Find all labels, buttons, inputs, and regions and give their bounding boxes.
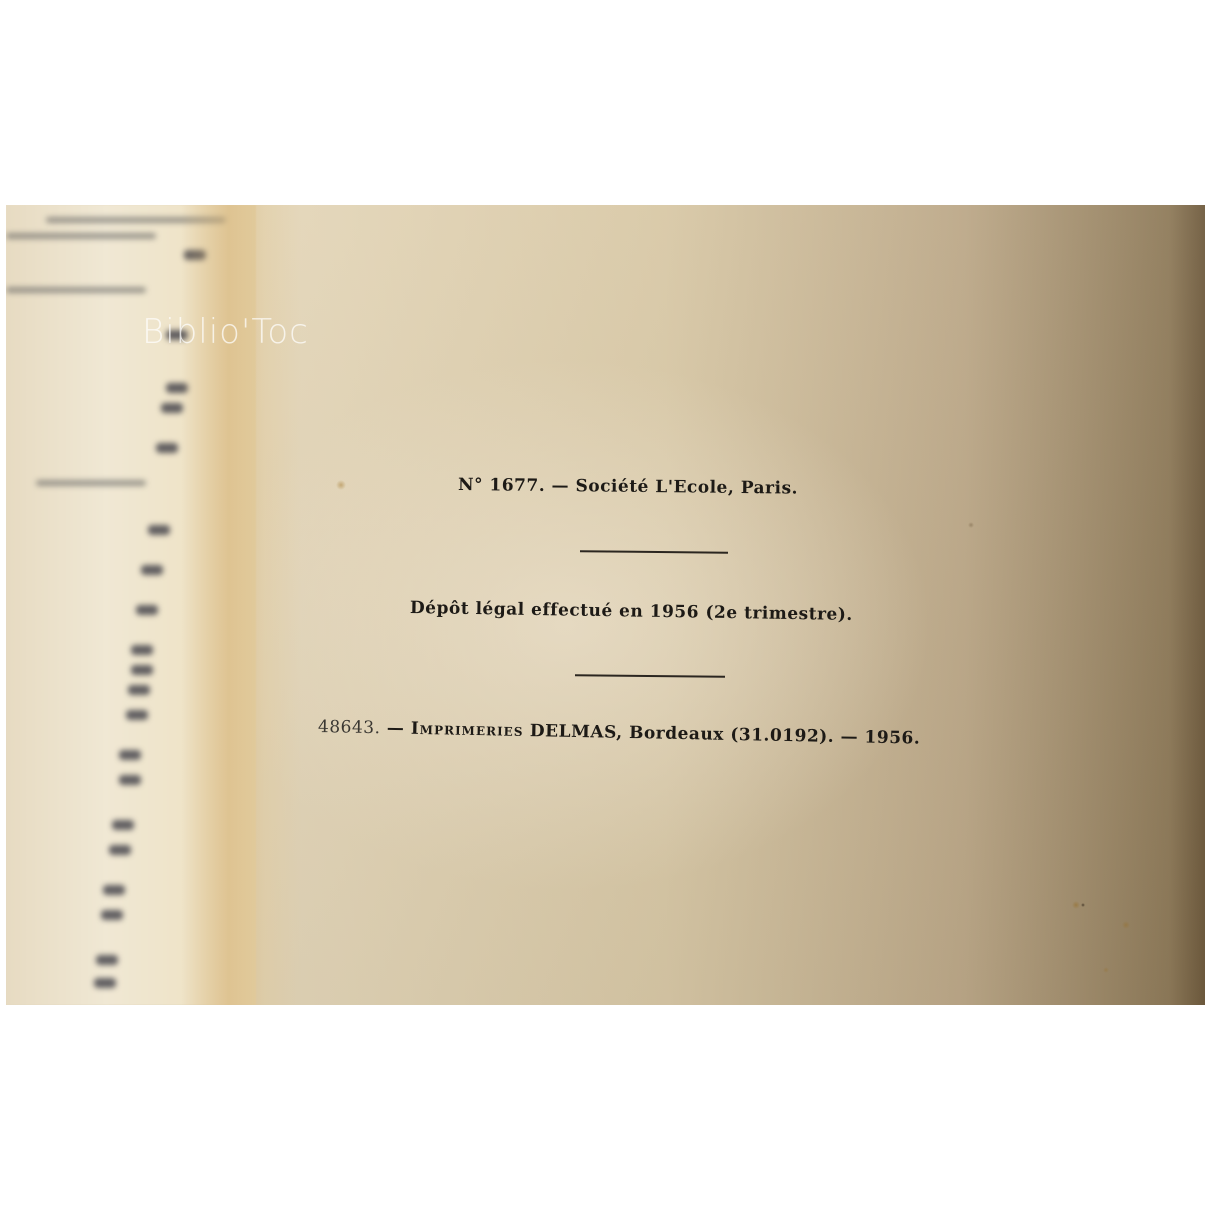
print-number: 48643. <box>318 717 381 738</box>
book-photo: Biblio'Toc N° 1677. — Société L'Ecole, P… <box>6 205 1205 1005</box>
separator: — <box>380 718 411 739</box>
watermark: Biblio'Toc <box>142 312 309 352</box>
printer-prefix: Imprimeries <box>411 719 524 741</box>
publisher-line: N° 1677. — Société L'Ecole, Paris. <box>458 475 798 499</box>
